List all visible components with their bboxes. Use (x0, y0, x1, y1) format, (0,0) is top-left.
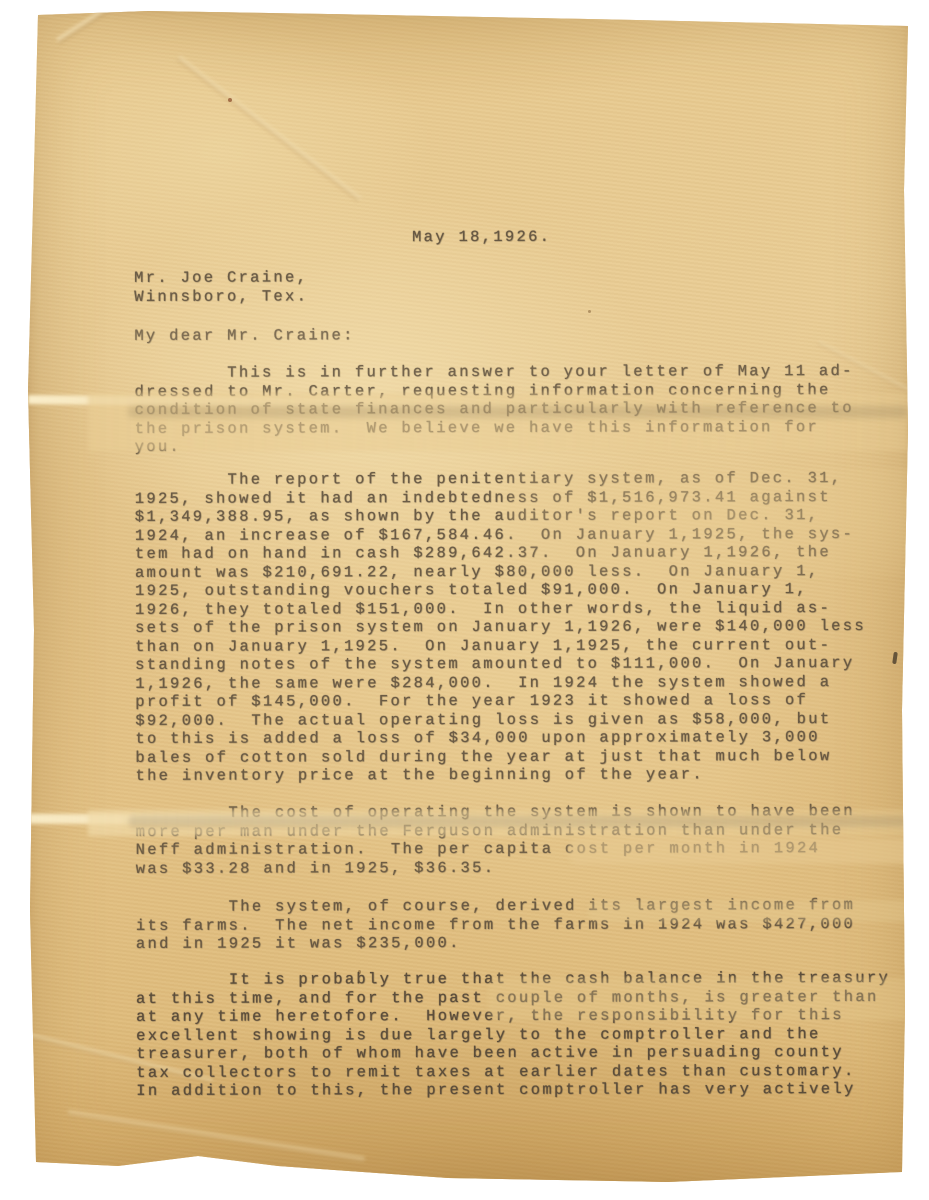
letter-paper-scan: May 18,1926. Mr. Joe Craine,Winnsboro, T… (28, 10, 912, 1188)
letter-text-layer: May 18,1926. Mr. Joe Craine,Winnsboro, T… (26, 9, 913, 1189)
recipient-city: Winnsboro, Tex. (134, 287, 308, 305)
recipient-name: Mr. Joe Craine, (134, 268, 308, 286)
paragraph-1: This is in further answer to your letter… (134, 362, 854, 456)
paragraph-4: The system, of course, derived its large… (136, 896, 855, 953)
paragraph-2: The report of the penitentiary system, a… (135, 469, 867, 785)
paragraph-5: It is probably true that the cash balanc… (136, 969, 890, 1100)
paragraph-3: The cost of operating the system is show… (136, 802, 855, 878)
salutation: My dear Mr. Craine: (134, 326, 354, 345)
recipient-address: Mr. Joe Craine,Winnsboro, Tex. (134, 268, 308, 305)
letter-date: May 18,1926. (412, 228, 551, 247)
